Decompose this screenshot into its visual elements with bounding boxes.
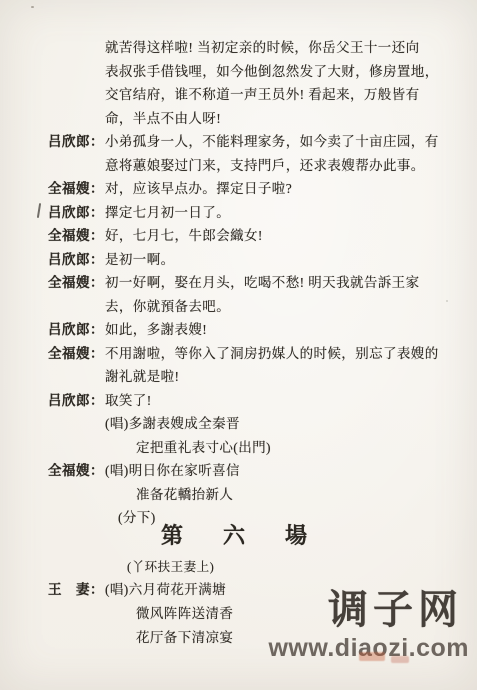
line-text: 意将蕙娘娶过门来，支持門戶，还求表嫂帮办此事。 [105,154,425,174]
script-line: 定把重礼表寸心(出門) [0,436,477,460]
speaker-name: 全福嫂： [48,342,104,362]
speaker-name: 吕欣郎： [48,201,104,221]
scanned-script-page: 就苦得这样啦! 当初定亲的时候，你岳父王十一还向表叔张手借钱哩，如今他倒忽然发了… [0,0,477,690]
line-text: 好，七月七，牛郎会織女! [105,224,263,244]
script-line: 意将蕙娘娶过门来，支持門戶，还求表嫂帮办此事。 [0,154,477,178]
dialogue-line: 吕欣郎：擇定七月初一日了。 [0,201,477,225]
speaker-name: 吕欣郎： [48,130,104,150]
act5-dialogue-block: 就苦得这样啦! 当初定亲的时候，你岳父王十一还向表叔张手借钱哩，如今他倒忽然发了… [0,36,477,530]
script-line: 微风阵阵送清香 [0,602,477,626]
dialogue-line: 吕欣郎：取笑了! [0,389,477,413]
dialogue-line: 全福嫂：初一好啊，娶在月头，吃喝不愁! 明天我就告訴王家 [0,271,477,295]
line-text: 准备花轎抬新人 [136,483,233,503]
line-text: 初一好啊，娶在月头，吃喝不愁! 明天我就告訴王家 [105,271,419,291]
red-print-noise [357,650,417,666]
scan-speck [31,6,34,8]
script-line: 謝礼就是啦! [0,365,477,389]
line-text: 表叔张手借钱哩，如今他倒忽然发了大财，修房置地， [105,60,439,80]
script-line: (唱)多謝表嫂成全秦晋 [0,412,477,436]
act6-dialogue-block: 王 妻：(唱)六月荷花开满塘微风阵阵送清香花厅备下清凉宴 [0,578,477,650]
dialogue-line: 全福嫂：好，七月七，牛郎会織女! [0,224,477,248]
script-line: 花厅备下清凉宴 [0,626,477,650]
line-text: 交官结府，谁不称道一声王员外! 看起来，万般皆有 [105,83,419,103]
line-text: (唱)明日你在家听喜信 [105,459,240,479]
line-text: 謝礼就是啦! [105,365,179,385]
dialogue-line: 全福嫂：不用謝啦，等你入了洞房扔媒人的时候，别忘了表嫂的 [0,342,477,366]
script-line: 命，半点不由人呀! [0,107,477,131]
speaker-name: 全福嫂： [48,271,104,291]
speaker-name: 全福嫂： [48,459,104,479]
speaker-name: 吕欣郎： [48,389,104,409]
dialogue-line: 吕欣郎：是初一啊。 [0,248,477,272]
script-line: 准备花轎抬新人 [0,483,477,507]
line-text: 对，应该早点办。擇定日子啦? [105,177,292,197]
line-text: (唱)六月荷花开满塘 [105,578,226,598]
line-text: 定把重礼表寸心(出門) [136,436,271,456]
line-text: 花厅备下清凉宴 [136,626,233,646]
line-text: 如此，多謝表嫂! [105,318,207,338]
speaker-name: 王 妻： [48,578,104,598]
stage-direction-enter: (丫环扶王妻上) [127,557,214,575]
speaker-name: 全福嫂： [48,224,104,244]
scene-six-heading: 第 六 場 [0,519,477,550]
dialogue-line: 吕欣郎：如此，多謝表嫂! [0,318,477,342]
script-line: 去，你就預备去吧。 [0,295,477,319]
dialogue-line: 王 妻：(唱)六月荷花开满塘 [0,578,477,602]
handwritten-slash-mark [37,202,41,217]
script-line: 交官结府，谁不称道一声王员外! 看起来，万般皆有 [0,83,477,107]
line-text: 不用謝啦，等你入了洞房扔媒人的时候，别忘了表嫂的 [105,342,439,362]
speaker-name: 吕欣郎： [48,318,104,338]
line-text: 擇定七月初一日了。 [105,201,230,221]
line-text: 微风阵阵送清香 [136,602,233,622]
speaker-name: 吕欣郎： [48,248,104,268]
line-text: (唱)多謝表嫂成全秦晋 [105,412,240,432]
dialogue-line: 全福嫂：对，应该早点办。擇定日子啦? [0,177,477,201]
dialogue-line: 全福嫂：(唱)明日你在家听喜信 [0,459,477,483]
line-text: 命，半点不由人呀! [105,107,221,127]
line-text: 是初一啊。 [105,248,175,268]
script-line: 表叔张手借钱哩，如今他倒忽然发了大财，修房置地， [0,60,477,84]
dialogue-line: 吕欣郎：小弟孤身一人，不能料理家务，如今卖了十亩庄园，有 [0,130,477,154]
line-text: 小弟孤身一人，不能料理家务，如今卖了十亩庄园，有 [105,130,439,150]
speaker-name: 全福嫂： [48,177,104,197]
line-text: 就苦得这样啦! 当初定亲的时候，你岳父王十一还向 [105,36,419,56]
script-line: 就苦得这样啦! 当初定亲的时候，你岳父王十一还向 [0,36,477,60]
line-text: 取笑了! [105,389,152,409]
line-text: 去，你就預备去吧。 [105,295,230,315]
